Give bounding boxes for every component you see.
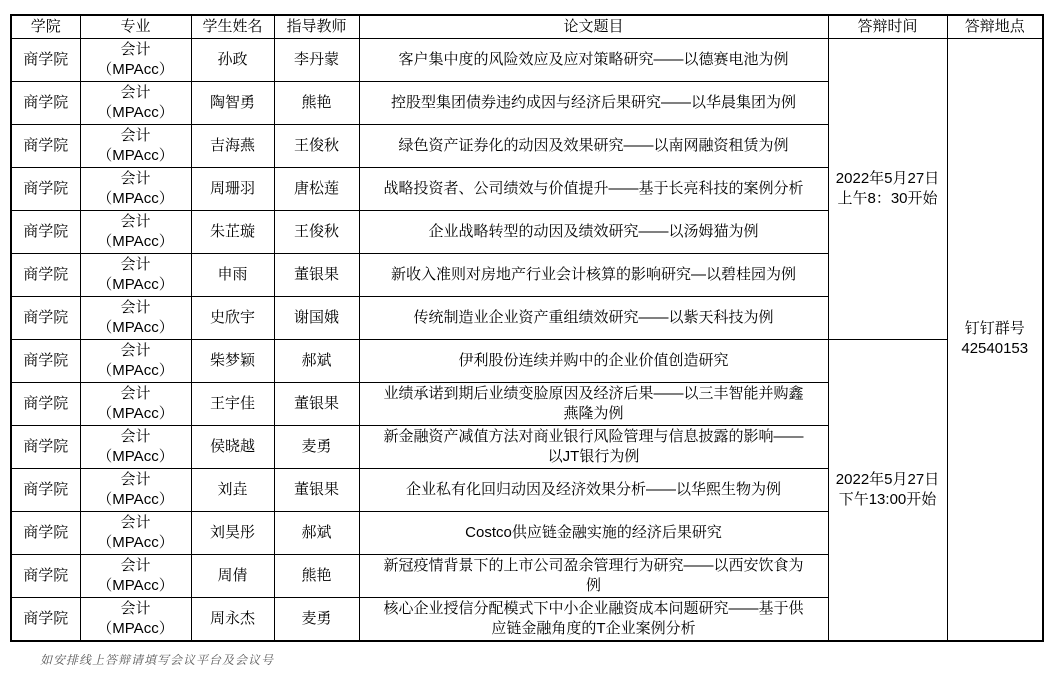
thesis-title-cell: 传统制造业企业资产重组绩效研究——以紫天科技为例 [359,296,828,339]
student-name-cell: 刘昊彤 [191,511,274,554]
thesis-title-cell: 客户集中度的风险效应及应对策略研究——以德赛电池为例 [359,38,828,81]
defense-time-cell-afternoon: 2022年5月27日 下午13:00开始 [828,339,947,641]
student-name-cell: 侯晓越 [191,425,274,468]
thesis-title-cell: 企业战略转型的动因及绩效研究——以汤姆猫为例 [359,210,828,253]
student-name-cell: 周珊羽 [191,167,274,210]
major-cell: 会计 （MPAcc） [80,124,191,167]
thesis-title-cell: 控股型集团债券违约成因与经济后果研究——以华晨集团为例 [359,81,828,124]
major-cell: 会计 （MPAcc） [80,253,191,296]
college-cell: 商学院 [11,382,80,425]
defense-schedule-table: 学院 专业 学生姓名 指导教师 论文题目 答辩时间 答辩地点 商学院 会计 （M… [10,14,1044,642]
advisor-cell: 郝斌 [274,339,359,382]
defense-location-cell: 钉钉群号 42540153 [947,38,1043,641]
advisor-cell: 董银果 [274,253,359,296]
thesis-title-cell: 企业私有化回归动因及经济效果分析——以华熙生物为例 [359,468,828,511]
thesis-defense-schedule-page: 学院 专业 学生姓名 指导教师 论文题目 答辩时间 答辩地点 商学院 会计 （M… [0,0,1054,675]
advisor-cell: 唐松莲 [274,167,359,210]
thesis-title-cell: 伊利股份连续并购中的企业价值创造研究 [359,339,828,382]
advisor-cell: 董银果 [274,382,359,425]
major-cell: 会计 （MPAcc） [80,296,191,339]
thesis-title-cell: 新收入准则对房地产行业会计核算的影响研究—以碧桂园为例 [359,253,828,296]
header-advisor: 指导教师 [274,15,359,38]
advisor-cell: 熊艳 [274,554,359,597]
major-cell: 会计 （MPAcc） [80,597,191,641]
advisor-cell: 王俊秋 [274,210,359,253]
college-cell: 商学院 [11,597,80,641]
major-cell: 会计 （MPAcc） [80,210,191,253]
college-cell: 商学院 [11,38,80,81]
major-cell: 会计 （MPAcc） [80,468,191,511]
advisor-cell: 郝斌 [274,511,359,554]
advisor-cell: 谢国娥 [274,296,359,339]
college-cell: 商学院 [11,296,80,339]
major-cell: 会计 （MPAcc） [80,554,191,597]
thesis-title-cell: Costco供应链金融实施的经济后果研究 [359,511,828,554]
header-student-name: 学生姓名 [191,15,274,38]
major-cell: 会计 （MPAcc） [80,382,191,425]
major-cell: 会计 （MPAcc） [80,339,191,382]
student-name-cell: 刘垚 [191,468,274,511]
major-cell: 会计 （MPAcc） [80,425,191,468]
student-name-cell: 吉海燕 [191,124,274,167]
thesis-title-cell: 业绩承诺到期后业绩变脸原因及经济后果——以三丰智能并购鑫 燕隆为例 [359,382,828,425]
advisor-cell: 熊艳 [274,81,359,124]
header-college: 学院 [11,15,80,38]
college-cell: 商学院 [11,511,80,554]
college-cell: 商学院 [11,81,80,124]
advisor-cell: 李丹蒙 [274,38,359,81]
student-name-cell: 周永杰 [191,597,274,641]
student-name-cell: 孙政 [191,38,274,81]
college-cell: 商学院 [11,253,80,296]
header-row: 学院 专业 学生姓名 指导教师 论文题目 答辩时间 答辩地点 [11,15,1043,38]
student-name-cell: 陶智勇 [191,81,274,124]
header-defense-time: 答辩时间 [828,15,947,38]
advisor-cell: 王俊秋 [274,124,359,167]
header-defense-location: 答辩地点 [947,15,1043,38]
advisor-cell: 董银果 [274,468,359,511]
student-name-cell: 申雨 [191,253,274,296]
student-name-cell: 柴梦颖 [191,339,274,382]
advisor-cell: 麦勇 [274,597,359,641]
college-cell: 商学院 [11,124,80,167]
thesis-title-cell: 战略投资者、公司绩效与价值提升——基于长亮科技的案例分析 [359,167,828,210]
thesis-title-cell: 核心企业授信分配模式下中小企业融资成本问题研究——基于供 应链金融角度的T企业案… [359,597,828,641]
footnote: 如安排线上答辩请填写会议平台及会议号 [40,651,274,668]
major-cell: 会计 （MPAcc） [80,38,191,81]
college-cell: 商学院 [11,554,80,597]
major-cell: 会计 （MPAcc） [80,167,191,210]
table-row: 商学院 会计 （MPAcc） 孙政 李丹蒙 客户集中度的风险效应及应对策略研究—… [11,38,1043,81]
header-thesis-title: 论文题目 [359,15,828,38]
college-cell: 商学院 [11,210,80,253]
student-name-cell: 朱芷璇 [191,210,274,253]
student-name-cell: 王宇佳 [191,382,274,425]
college-cell: 商学院 [11,339,80,382]
thesis-title-cell: 绿色资产证券化的动因及效果研究——以南网融资租赁为例 [359,124,828,167]
thesis-title-cell: 新冠疫情背景下的上市公司盈余管理行为研究——以西安饮食为 例 [359,554,828,597]
advisor-cell: 麦勇 [274,425,359,468]
college-cell: 商学院 [11,425,80,468]
college-cell: 商学院 [11,167,80,210]
header-major: 专业 [80,15,191,38]
college-cell: 商学院 [11,468,80,511]
table-row: 商学院 会计 （MPAcc） 柴梦颖 郝斌 伊利股份连续并购中的企业价值创造研究… [11,339,1043,382]
defense-time-cell-morning: 2022年5月27日 上午8：30开始 [828,38,947,339]
student-name-cell: 史欣宇 [191,296,274,339]
student-name-cell: 周倩 [191,554,274,597]
major-cell: 会计 （MPAcc） [80,81,191,124]
major-cell: 会计 （MPAcc） [80,511,191,554]
thesis-title-cell: 新金融资产减值方法对商业银行风险管理与信息披露的影响—— 以JT银行为例 [359,425,828,468]
